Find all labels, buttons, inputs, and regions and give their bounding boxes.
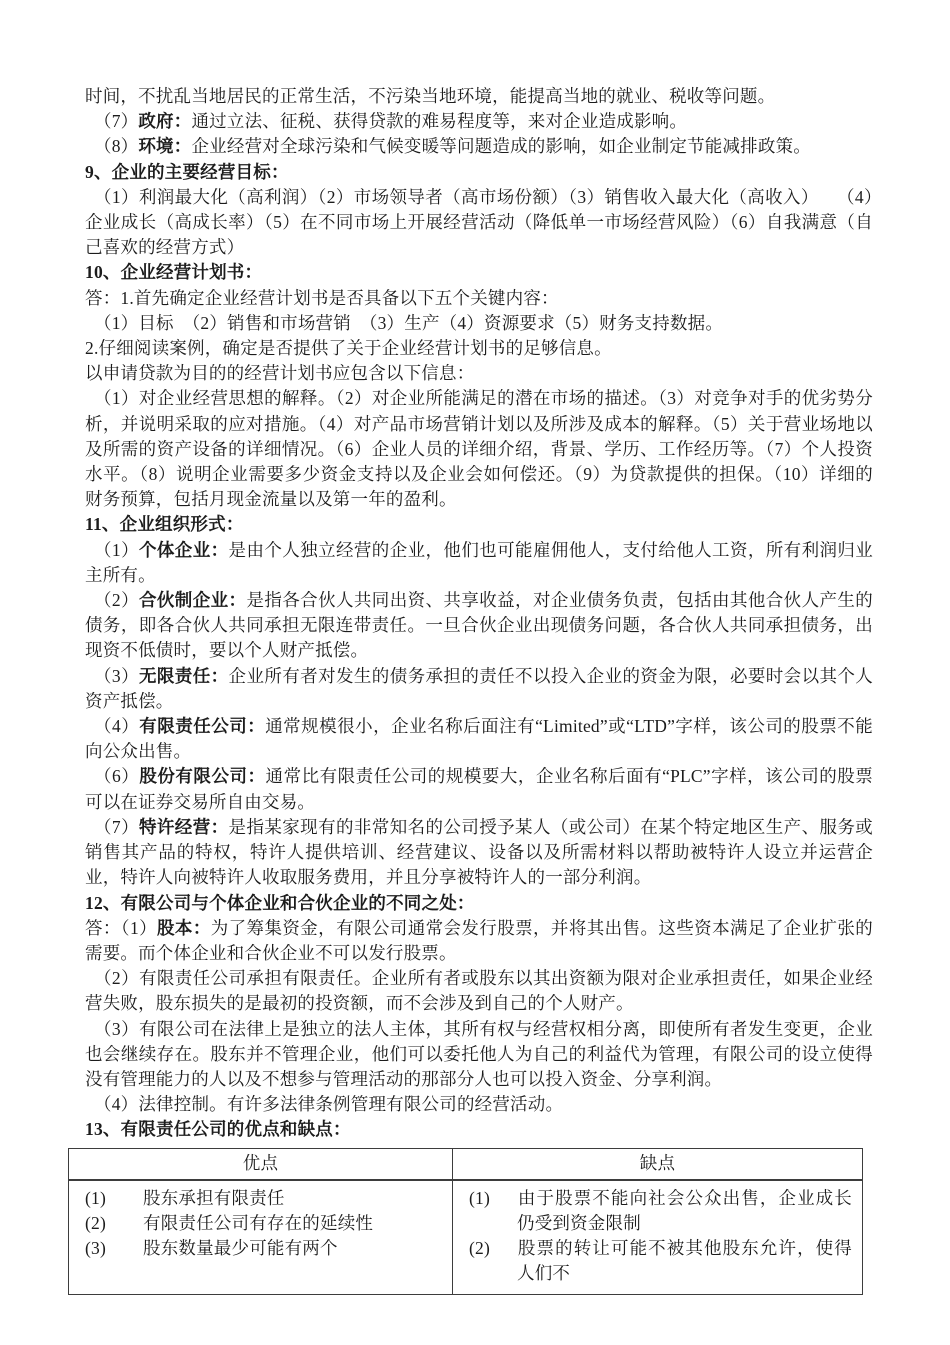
disadvantage-item: (2)股票的转让可能不被其他股东允许，使得人们不 [469, 1236, 852, 1286]
paragraph-text: 以申请贷款为目的的经营计划书应包含以下信息： [85, 363, 474, 383]
paragraph-text: 通过立法、征税、获得贷款的难易程度等，来对企业造成影响。 [191, 111, 687, 131]
paragraph-text: （1）目标 （2）销售和市场营销 （3）生产（4）资源要求（5）财务支持数据。 [94, 313, 723, 333]
disadvantages-cell: (1)由于股票不能向社会公众出售，企业成长仍受到资金限制 (2)股票的转让可能不… [453, 1180, 863, 1294]
advantages-cell: (1)股东承担有限责任 (2)有限责任公司有存在的延续性 (3)股东数量最少可能… [69, 1180, 453, 1294]
item-text: 有限责任公司有存在的延续性 [143, 1213, 373, 1233]
paragraph-number: （3） [94, 666, 139, 686]
paragraph-loan-plan-items: （1）对企业经营思想的解释。（2）对企业所能满足的潜在市场的描述。（3）对竞争对… [85, 386, 873, 512]
paragraph-unlimited-liability: （3）无限责任：企业所有者对发生的债务承担的责任不以投入企业的资金为限，必要时会… [85, 664, 873, 714]
paragraph-8-environment: （8）环境：企业经营对全球污染和气候变暖等问题造成的影响，如企业制定节能减排政策… [85, 134, 873, 159]
item-number: (1) [469, 1186, 517, 1211]
paragraph-franchise: （7）特许经营：是指某家现有的非常知名的公司授予某人（或公司）在某个特定地区生产… [85, 815, 873, 891]
paragraph-share-capital: 答：（1）股本：为了筹集资金，有限公司通常会发行股票，并将其出售。这些资本满足了… [85, 916, 873, 966]
item-number: (3) [85, 1236, 143, 1261]
heading-12-differences: 12、有限公司与个体企业和合伙企业的不同之处： [85, 891, 873, 916]
document-page: 时间，不扰乱当地居民的正常生活，不污染当地环境，能提高当地的就业、税收等问题。 … [0, 0, 950, 1345]
heading-text: 11、企业组织形式： [85, 514, 244, 534]
paragraph-number: （7） [94, 817, 139, 837]
heading-text: 10、企业经营计划书： [85, 262, 262, 282]
paragraph-objectives-list: （1）利润最大化（高利润）（2）市场领导者（高市场份额）（3）销售收入最大化（高… [85, 185, 873, 261]
paragraph-number: （8） [94, 136, 138, 156]
paragraph-number: （1） [94, 540, 139, 560]
item-text: 股东数量最少可能有两个 [143, 1238, 338, 1258]
paragraph-term: 股份有限公司： [139, 766, 265, 786]
item-number: (2) [469, 1236, 517, 1261]
advantage-item: (1)股东承担有限责任 [85, 1186, 442, 1211]
paragraph-term: 有限责任公司： [139, 716, 265, 736]
table-body-row: (1)股东承担有限责任 (2)有限责任公司有存在的延续性 (3)股东数量最少可能… [69, 1180, 863, 1294]
table-header-row: 优点 缺点 [69, 1148, 863, 1180]
paragraph-text: （2）有限责任公司承担有限责任。企业所有者或股东以其出资额为限对企业承担责任，如… [85, 968, 873, 1013]
paragraph-text: （1）利润最大化（高利润）（2）市场领导者（高市场份额）（3）销售收入最大化（高… [85, 187, 873, 257]
disadvantage-item: (1)由于股票不能向社会公众出售，企业成长仍受到资金限制 [469, 1186, 852, 1236]
paragraph-term: 合伙制企业： [139, 590, 246, 610]
paragraph-term: 无限责任： [139, 666, 229, 686]
paragraph-sole-proprietorship: （1）个体企业：是由个人独立经营的企业，他们也可能雇佣他人，支付给他人工资，所有… [85, 538, 873, 588]
paragraph-public-limited-company: （6）股份有限公司：通常比有限责任公司的规模要大，企业名称后面有“PLC”字样，… [85, 764, 873, 814]
paragraph-number: （2） [94, 590, 139, 610]
document-content: 时间，不扰乱当地居民的正常生活，不污染当地环境，能提高当地的就业、税收等问题。 … [85, 84, 873, 1295]
paragraph-limited-liability: （2）有限责任公司承担有限责任。企业所有者或股东以其出资额为限对企业承担责任，如… [85, 966, 873, 1016]
paragraph-number: （4） [94, 716, 139, 736]
heading-11-organization-forms: 11、企业组织形式： [85, 512, 873, 537]
advantage-item: (3)股东数量最少可能有两个 [85, 1236, 442, 1261]
paragraph-term: 环境： [138, 136, 191, 156]
paragraph-five-key-items: （1）目标 （2）销售和市场营销 （3）生产（4）资源要求（5）财务支持数据。 [85, 311, 873, 336]
item-text: 由于股票不能向社会公众出售，企业成长仍受到资金限制 [517, 1188, 852, 1233]
paragraph-term: 特许经营： [139, 817, 229, 837]
paragraph-term: 政府： [138, 111, 191, 131]
paragraph-text: （3）有限公司在法律上是独立的法人主体，其所有权与经营权相分离，即使所有者发生变… [85, 1019, 873, 1089]
paragraph-answer-key-contents: 答：1.首先确定企业经营计划书是否具备以下五个关键内容： [85, 286, 873, 311]
advantage-item: (2)有限责任公司有存在的延续性 [85, 1211, 442, 1236]
paragraph-text: 2.仔细阅读案例，确定是否提供了关于企业经营计划书的足够信息。 [85, 338, 612, 358]
item-text: 股东承担有限责任 [143, 1188, 285, 1208]
paragraph-text: （1）对企业经营思想的解释。（2）对企业所能满足的潜在市场的描述。（3）对竞争对… [85, 388, 873, 509]
table-header-disadvantages: 缺点 [453, 1148, 863, 1180]
heading-text: 12、有限公司与个体企业和合伙企业的不同之处： [85, 893, 475, 913]
paragraph-term: 股本： [157, 918, 211, 938]
paragraph-time-continuation: 时间，不扰乱当地居民的正常生活，不污染当地环境，能提高当地的就业、税收等问题。 [85, 84, 873, 109]
heading-text: 13、有限责任公司的优点和缺点： [85, 1119, 351, 1139]
paragraph-loan-plan-intro: 以申请贷款为目的的经营计划书应包含以下信息： [85, 361, 873, 386]
paragraph-number: （6） [94, 766, 139, 786]
paragraph-legal-entity: （3）有限公司在法律上是独立的法人主体，其所有权与经营权相分离，即使所有者发生变… [85, 1017, 873, 1093]
heading-text: 9、企业的主要经营目标： [85, 162, 289, 182]
heading-10-business-plan: 10、企业经营计划书： [85, 260, 873, 285]
paragraph-text: 企业经营对全球污染和气候变暖等问题造成的影响，如企业制定节能减排政策。 [191, 136, 811, 156]
paragraph-text: （4）法律控制。有许多法律条例管理有限公司的经营活动。 [94, 1094, 563, 1114]
paragraph-legal-control: （4）法律控制。有许多法律条例管理有限公司的经营活动。 [85, 1092, 873, 1117]
paragraph-number: 答：（1） [85, 918, 157, 938]
paragraph-read-case: 2.仔细阅读案例，确定是否提供了关于企业经营计划书的足够信息。 [85, 336, 873, 361]
item-number: (1) [85, 1186, 143, 1211]
paragraph-7-government: （7）政府：通过立法、征税、获得贷款的难易程度等，来对企业造成影响。 [85, 109, 873, 134]
paragraph-number: （7） [94, 111, 138, 131]
item-number: (2) [85, 1211, 143, 1236]
paragraph-partnership: （2）合伙制企业：是指各合伙人共同出资、共享收益，对企业债务负责，包括由其他合伙… [85, 588, 873, 664]
pros-cons-table: 优点 缺点 (1)股东承担有限责任 (2)有限责任公司有存在的延续性 (3)股东… [68, 1148, 863, 1295]
paragraph-term: 个体企业： [139, 540, 229, 560]
heading-13-pros-cons: 13、有限责任公司的优点和缺点： [85, 1117, 873, 1142]
item-text: 股票的转让可能不被其他股东允许，使得人们不 [517, 1238, 852, 1283]
paragraph-text: 时间，不扰乱当地居民的正常生活，不污染当地环境，能提高当地的就业、税收等问题。 [85, 86, 775, 106]
heading-9-business-objectives: 9、企业的主要经营目标： [85, 160, 873, 185]
table-header-advantages: 优点 [69, 1148, 453, 1180]
paragraph-text: 答：1.首先确定企业经营计划书是否具备以下五个关键内容： [85, 288, 559, 308]
paragraph-limited-company: （4）有限责任公司：通常规模很小，企业名称后面注有“Limited”或“LTD”… [85, 714, 873, 764]
